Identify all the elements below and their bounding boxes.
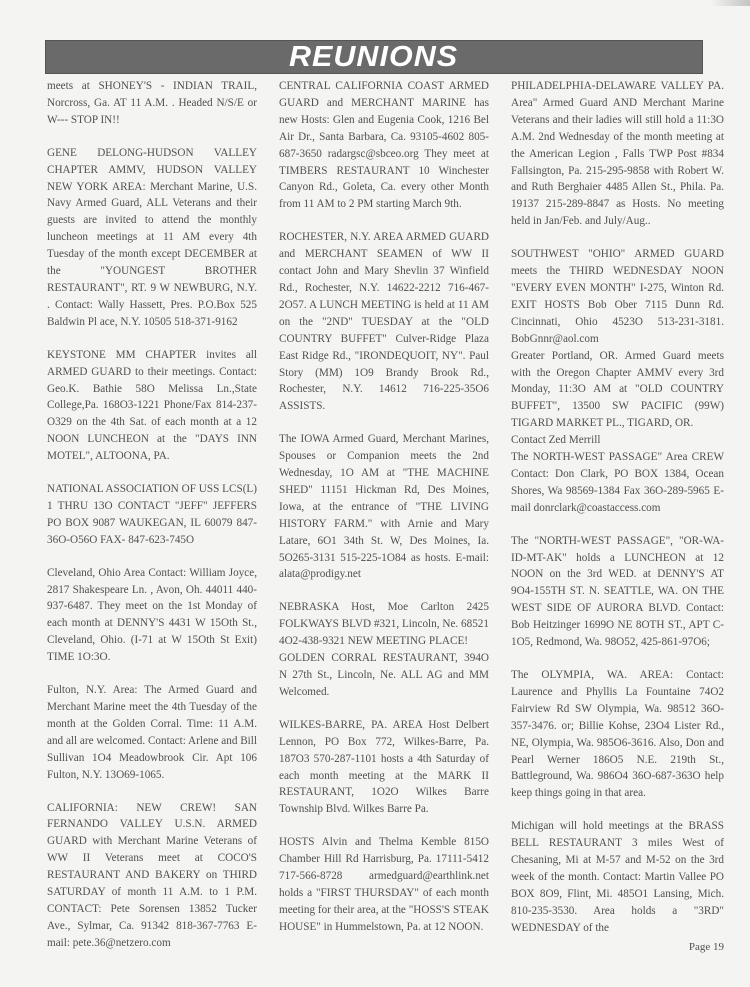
column-middle: CENTRAL CALIFORNIA COAST ARMED GUARD and… [279,78,489,952]
reunion-entry-golden-corral: GOLDEN CORRAL RESTAURANT, 394O N 27th St… [279,650,489,701]
reunion-entry-fulton: Fulton, N.Y. Area: The Armed Guard and M… [47,682,257,783]
reunion-entry-hudson-valley: GENE DELONG-HUDSON VALLEY CHAPTER AMMV, … [47,145,257,331]
reunion-entry-california-sfv: CALIFORNIA: NEW CREW! SAN FERNANDO VALLE… [47,800,257,952]
reunion-entry-philadelphia: PHILADELPHIA-DELAWARE VALLEY PA. Area" A… [511,78,724,230]
section-header-bar: REUNIONS [45,40,703,74]
reunion-entry-northwest-luncheon: The "NORTH-WEST PASSAGE", "OR-WA-ID-MT-A… [511,533,724,651]
column-right: PHILADELPHIA-DELAWARE VALLEY PA. Area" A… [511,78,724,953]
reunion-entry-portland: Greater Portland, OR. Armed Guard meets … [511,348,724,433]
column-left: meets at SHONEY'S - INDIAN TRAIL, Norcro… [47,78,257,968]
reunion-entry-keystone: KEYSTONE MM CHAPTER invites all ARMED GU… [47,347,257,465]
reunion-entry-northwest-crew: The NORTH-WEST PASSAGE" Area CREW Contac… [511,449,724,517]
newsletter-page: REUNIONS meets at SHONEY'S - INDIAN TRAI… [0,0,750,987]
reunion-entry-rochester: ROCHESTER, N.Y. AREA ARMED GUARD and MER… [279,229,489,415]
reunion-entry-harrisburg: HOSTS Alvin and Thelma Kemble 815O Chamb… [279,834,489,935]
reunion-entry-iowa: The IOWA Armed Guard, Merchant Marines, … [279,431,489,583]
section-title: REUNIONS [289,41,458,74]
reunion-entry-lcs: NATIONAL ASSOCIATION OF USS LCS(L) 1 THR… [47,481,257,549]
page-number: Page 19 [689,941,724,953]
reunion-entry-portland-contact: Contact Zed Merrill [511,432,724,449]
reunion-entry-cleveland: Cleveland, Ohio Area Contact: William Jo… [47,565,257,666]
reunion-entry-olympia: The OLYMPIA, WA. AREA: Contact: Laurence… [511,667,724,802]
reunion-entry-central-california: CENTRAL CALIFORNIA COAST ARMED GUARD and… [279,78,489,213]
reunion-entry-shoneys: meets at SHONEY'S - INDIAN TRAIL, Norcro… [47,78,257,129]
scan-edge-mark [710,0,750,6]
reunion-entry-wilkes-barre: WILKES-BARRE, PA. AREA Host Delbert Lenn… [279,717,489,818]
reunion-entry-michigan: Michigan will hold meetings at the BRASS… [511,818,724,936]
reunion-entry-southwest-ohio: SOUTHWEST "OHIO" ARMED GUARD meets the T… [511,246,724,347]
reunion-entry-nebraska: NEBRASKA Host, Moe Carlton 2425 FOLKWAYS… [279,599,489,650]
